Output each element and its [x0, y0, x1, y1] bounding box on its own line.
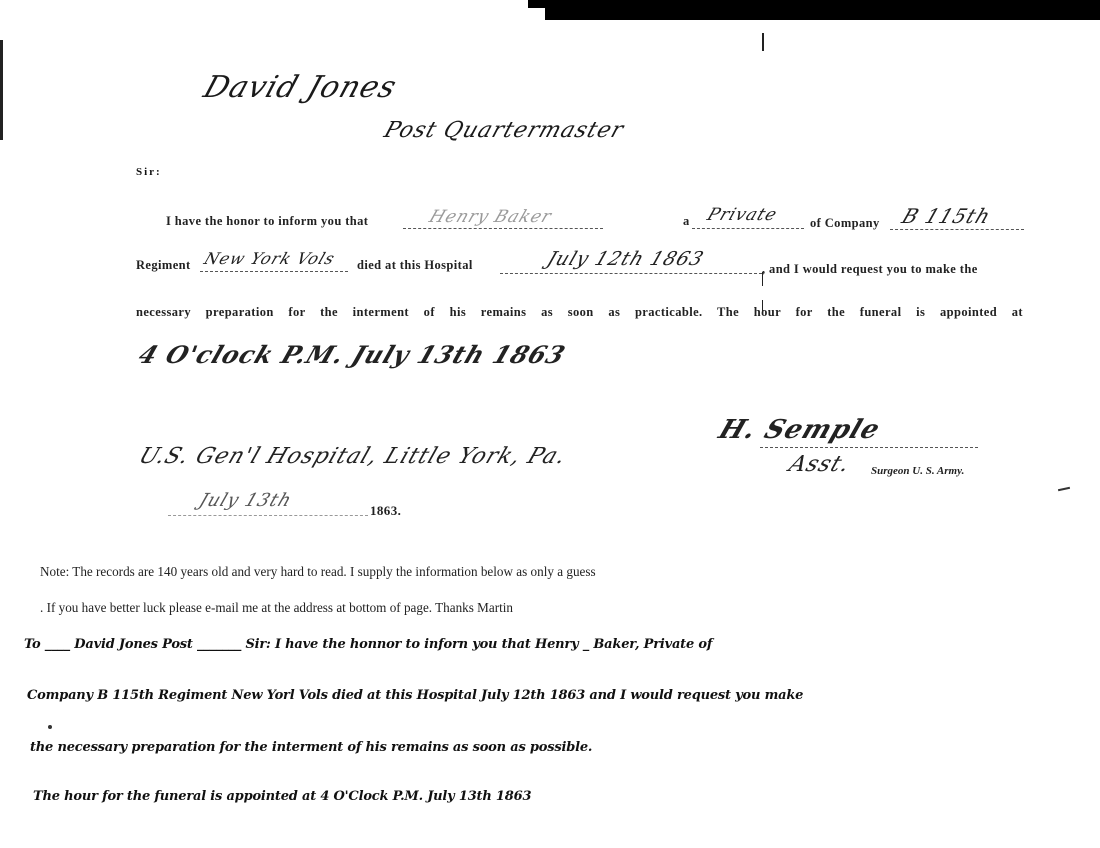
ink-mark	[762, 33, 764, 51]
name-field-line	[403, 228, 603, 229]
dateline-year: 1863.	[370, 503, 401, 519]
rank-field-line	[692, 228, 804, 229]
transcription-line1: To ____ David Jones Post _______ Sir: I …	[24, 637, 712, 652]
name-fill: Henry Baker	[426, 207, 554, 227]
signature-sub: Asst.	[785, 452, 853, 477]
ink-mark	[1058, 487, 1070, 491]
rank-fill: Private	[704, 205, 780, 225]
form-line2-prefix: Regiment	[136, 258, 191, 273]
handwritten-addressee-title: Post Quartermaster	[381, 118, 627, 143]
date-field-line	[500, 273, 762, 274]
transcription-line3: the necessary preparation for the interm…	[30, 740, 592, 755]
note-line2: . If you have better luck please e-mail …	[40, 601, 513, 617]
place-fill: U.S. Gen'l Hospital, Little York, Pa.	[135, 444, 570, 469]
signature-line	[760, 447, 978, 448]
dateline-fill: July 13th	[196, 490, 295, 511]
company-label: of Company	[810, 216, 880, 231]
transcription-line4: The hour for the funeral is appointed at…	[33, 789, 531, 804]
date-fill: July 12th 1863	[544, 248, 707, 270]
request-text: , and I would request you to make the	[762, 262, 978, 277]
note-line1: Note: The records are 140 years old and …	[40, 565, 596, 581]
form-line3: necessary preparation for the interment …	[136, 305, 1023, 320]
regiment-fill: New York Vols	[202, 249, 338, 268]
ink-mark	[48, 725, 52, 729]
transcription-line2: Company B 115th Regiment New Yorl Vols d…	[27, 688, 803, 703]
dateline-field-line	[168, 515, 368, 516]
regiment-field-line	[200, 271, 348, 272]
signature-name: H. Semple	[715, 415, 885, 445]
form-line1-prefix: I have the honor to inform you that	[166, 214, 368, 229]
surgeon-title: Surgeon U. S. Army.	[871, 465, 964, 477]
salutation: Sir:	[136, 166, 162, 178]
company-field-line	[890, 229, 1024, 230]
form-article: a	[683, 214, 690, 229]
handwritten-addressee: David Jones	[199, 70, 401, 105]
company-fill: B 115th	[899, 204, 995, 228]
funeral-fill: 4 O'clock P.M. July 13th 1863	[135, 340, 570, 369]
scan-edge-artifact	[545, 0, 1100, 20]
scan-edge-artifact	[0, 40, 3, 140]
scan-edge-artifact	[528, 0, 545, 8]
died-text: died at this Hospital	[357, 258, 473, 273]
